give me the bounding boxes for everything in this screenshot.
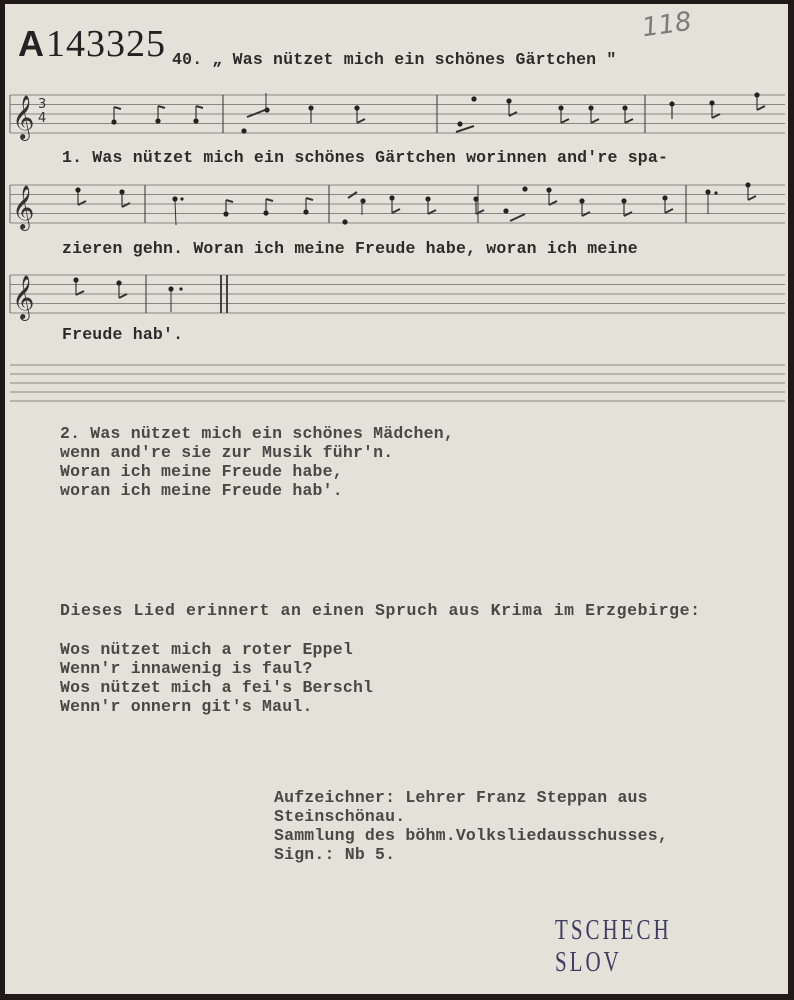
saying-line: Wenn'r innawenig is faul? [60, 659, 313, 678]
verse1-line1: 1. Was nützet mich ein schönes Gärtchen … [62, 148, 668, 167]
source-line: Aufzeichner: Lehrer Franz Steppan aus [274, 788, 648, 807]
verse1-line2: zieren gehn. Woran ich meine Freude habe… [62, 239, 638, 258]
svg-text:𝄞: 𝄞 [12, 185, 34, 231]
saying-line: Wos nützet mich a fei's Berschl [60, 678, 373, 697]
svg-text:𝄞: 𝄞 [12, 275, 34, 321]
svg-text:4: 4 [38, 111, 46, 126]
saying-line: Wos nützet mich a roter Eppel [60, 640, 353, 659]
svg-text:𝄞: 𝄞 [12, 95, 34, 141]
verse2-line: Woran ich meine Freude habe, [60, 462, 343, 481]
verse2-line: woran ich meine Freude hab'. [60, 481, 343, 500]
saying-line: Wenn'r onnern git's Maul. [60, 697, 313, 716]
source-line: Sammlung des böhm.Volksliedausschusses, [274, 826, 668, 845]
country-stamp: TSCHECH SLOV [555, 915, 734, 979]
note-intro: Dieses Lied erinnert an einen Spruch aus… [60, 601, 701, 620]
source-line: Sign.: Nb 5. [274, 845, 395, 864]
verse1-line3: Freude hab'. [62, 325, 183, 344]
verse2-line: wenn and're sie zur Musik führ'n. [60, 443, 393, 462]
verse2-line: 2. Was nützet mich ein schönes Mädchen, [60, 424, 454, 443]
source-line: Steinschönau. [274, 807, 405, 826]
svg-text:3: 3 [38, 97, 46, 112]
